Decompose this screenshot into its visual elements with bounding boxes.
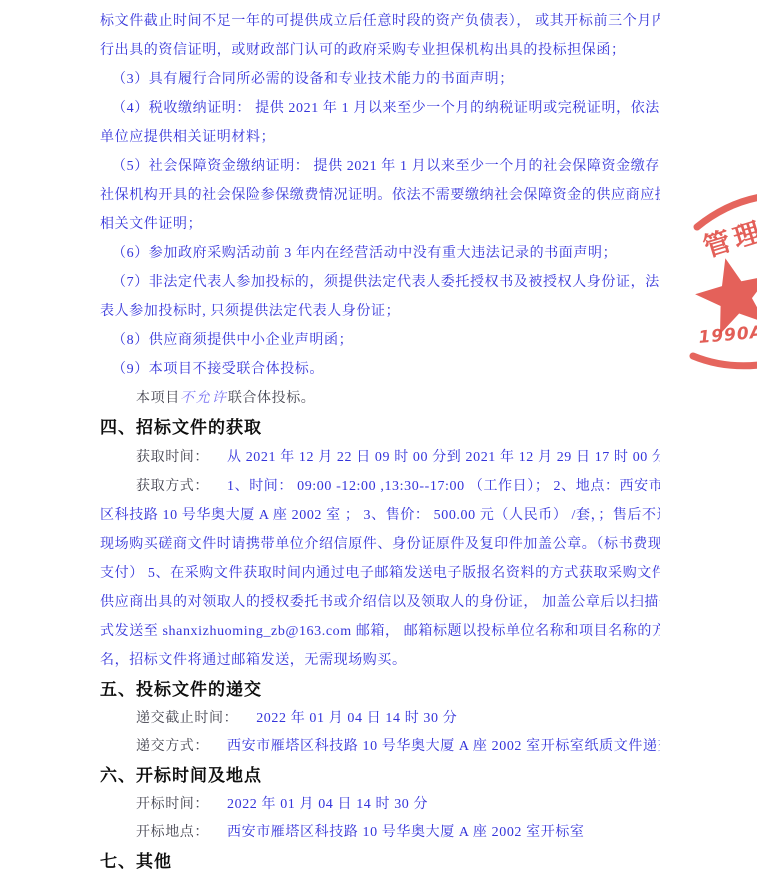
opening-time-label: 开标时间： — [136, 797, 209, 812]
doc-line-item-6: （6）参加政府采购活动前 3 年内在经营活动中没有重大违法记录的书面声明； — [100, 239, 660, 268]
section-heading-opening: 六、开标时间及地点 — [100, 761, 660, 791]
doc-line-item-4: （4）税收缴纳证明： 提供 2021 年 1 月以来至少一个月的纳税证明或完税证… — [100, 94, 660, 123]
document-page: 标文件截止时间不足一年的可提供成立后任意时段的资产负债表）， 或其开标前三个月内… — [0, 0, 757, 873]
section-heading-other: 七、其他 — [100, 847, 660, 873]
seal-star-icon — [688, 249, 757, 338]
obtain-time-row: 获取时间：从 2021 年 12 月 22 日 09 时 00 分到 2021 … — [100, 443, 660, 472]
obtain-method-continuation: 现场购买磋商文件时请携带单位介绍信原件、身份证原件及复印件加盖公章。（标书费现金 — [100, 530, 660, 559]
statement-emphasis: 不允许 — [180, 391, 228, 406]
no-consortium-statement: 本项目不允许联合体投标。 — [100, 384, 660, 413]
doc-line: 相关文件证明； — [100, 210, 660, 239]
seal-text: 管理 — [700, 215, 757, 264]
submit-deadline-row: 递交截止时间：2022 年 01 月 04 日 14 时 30 分 — [100, 705, 660, 733]
doc-line: 社保机构开具的社会保险参保缴费情况证明。依法不需要缴纳社会保障资金的供应商应提供 — [100, 181, 660, 210]
statement-suffix: 联合体投标。 — [228, 391, 316, 406]
obtain-method-continuation: 供应商出具的对领取人的授权委托书或介绍信以及领取人的身份证， 加盖公章后以扫描件… — [100, 588, 660, 617]
doc-line: 标文件截止时间不足一年的可提供成立后任意时段的资产负债表）， 或其开标前三个月内… — [100, 7, 660, 36]
section-heading-obtain: 四、招标文件的获取 — [100, 413, 660, 443]
doc-line-item-9: （9）本项目不接受联合体投标。 — [100, 355, 660, 384]
obtain-method-continuation: 区科技路 10 号华奥大厦 A 座 2002 室 ； 3、售价： 500.00 … — [100, 501, 660, 530]
obtain-method-continuation-email: 式发送至 shanxizhuoming_zb@163.com 邮箱， 邮箱标题以… — [100, 617, 660, 646]
submit-deadline-value: 2022 年 01 月 04 日 14 时 30 分 — [256, 711, 457, 726]
doc-line: 行出具的资信证明，或财政部门认可的政府采购专业担保机构出具的投标担保函； — [100, 36, 660, 65]
doc-line: 表人参加投标时, 只须提供法定代表人身份证； — [100, 297, 660, 326]
obtain-method-continuation: 名，招标文件将通过邮箱发送，无需现场购买。 — [100, 646, 660, 675]
submit-deadline-label: 递交截止时间： — [136, 711, 238, 726]
opening-place-row: 开标地点：西安市雁塔区科技路 10 号华奥大厦 A 座 2002 室开标室 — [100, 819, 660, 847]
opening-place-label: 开标地点： — [136, 825, 209, 840]
statement-prefix: 本项目 — [136, 391, 180, 406]
obtain-time-label: 获取时间： — [136, 450, 209, 465]
obtain-method-row: 获取方式：1、时间： 09:00 -12:00 ,13:30--17:00 （工… — [100, 472, 660, 501]
doc-line-item-8: （8）供应商须提供中小企业声明函； — [100, 326, 660, 355]
opening-time-row: 开标时间：2022 年 01 月 04 日 14 时 30 分 — [100, 791, 660, 819]
obtain-time-value: 从 2021 年 12 月 22 日 09 时 00 分到 2021 年 12 … — [227, 450, 660, 465]
submit-method-label: 递交方式： — [136, 739, 209, 754]
seal-number: 1990A — [698, 322, 757, 348]
official-seal-stamp: 管理 1990A — [679, 193, 757, 373]
obtain-method-value: 1、时间： 09:00 -12:00 ,13:30--17:00 （工作日）； … — [227, 479, 660, 494]
submit-method-row: 递交方式：西安市雁塔区科技路 10 号华奥大厦 A 座 2002 室开标室纸质文… — [100, 733, 660, 761]
section-heading-submit: 五、投标文件的递交 — [100, 675, 660, 705]
doc-line-item-7: （7）非法定代表人参加投标的，须提供法定代表人委托授权书及被授权人身份证，法定代 — [100, 268, 660, 297]
obtain-method-label: 获取方式： — [136, 479, 209, 494]
seal-top-arc — [697, 196, 757, 227]
doc-line-item-3: （3）具有履行合同所必需的设备和专业技术能力的书面声明； — [100, 65, 660, 94]
submit-method-value: 西安市雁塔区科技路 10 号华奥大厦 A 座 2002 室开标室纸质文件递交 — [227, 739, 660, 754]
doc-line-item-5: （5）社会保障资金缴纳证明： 提供 2021 年 1 月以来至少一个月的社会保障… — [100, 152, 660, 181]
obtain-method-continuation: 支付） 5、在采购文件获取时间内通过电子邮箱发送电子版报名资料的方式获取采购文件… — [100, 559, 660, 588]
opening-time-value: 2022 年 01 月 04 日 14 时 30 分 — [227, 797, 428, 812]
seal-bottom-arc — [693, 356, 757, 366]
doc-line: 单位应提供相关证明材料； — [100, 123, 660, 152]
opening-place-value: 西安市雁塔区科技路 10 号华奥大厦 A 座 2002 室开标室 — [227, 825, 585, 840]
